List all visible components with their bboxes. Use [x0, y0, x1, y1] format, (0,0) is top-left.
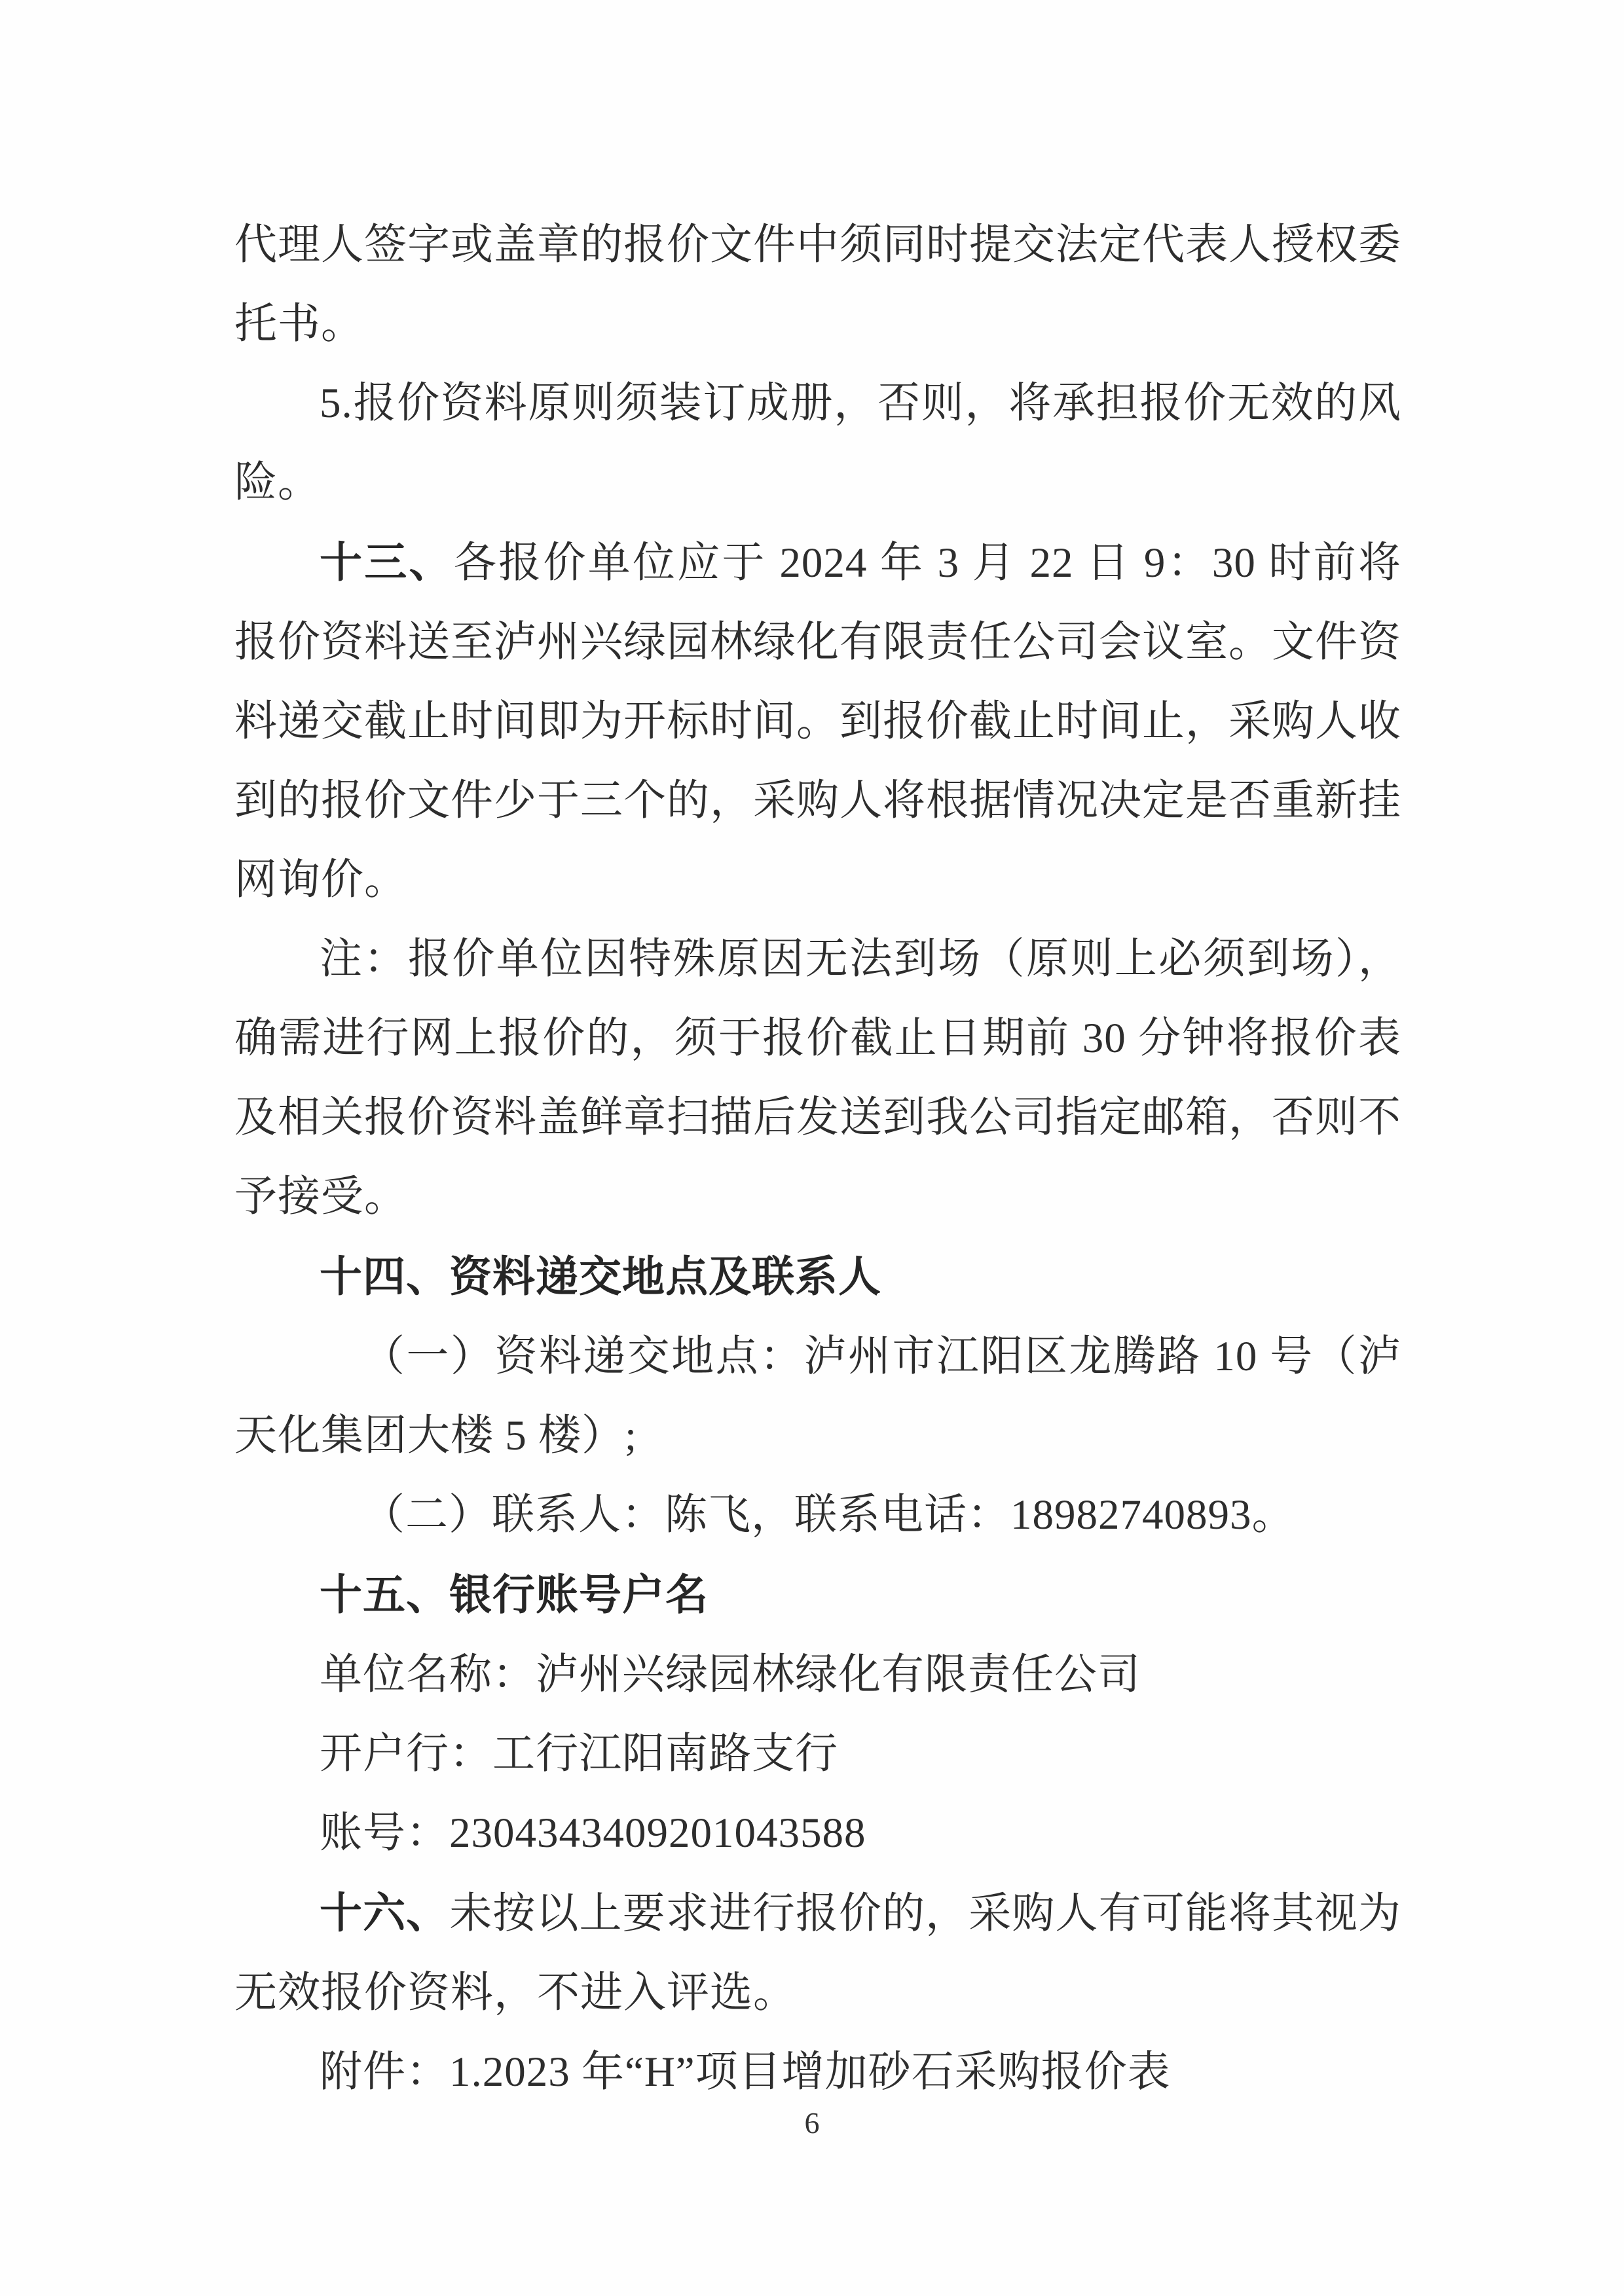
text-run: 单位名称：泸州兴绿园林绿化有限责任公司: [320, 1651, 1141, 1698]
text-run: 注：报价单位因特殊原因无法到场（原则上必须到场），确需进行网上报价的，须于报价截…: [234, 936, 1401, 1220]
paragraph-authorization-continued: 代理人签字或盖章的报价文件中须同时提交法定代表人授权委托书。: [234, 206, 1401, 364]
paragraph-contact-person: （二）联系人：陈飞，联系电话：18982740893。: [234, 1476, 1401, 1555]
document-page: 代理人签字或盖章的报价文件中须同时提交法定代表人授权委托书。 5.报价资料原则须…: [0, 0, 1624, 2296]
text-run: 各报价单位应于 2024 年 3 月 22 日 9：30 时前将报价资料送至泸州…: [234, 539, 1401, 903]
scanned-document-page: { "colors": { "text": "#2d2d2d", "headin…: [0, 0, 1624, 2296]
document-body: 代理人签字或盖章的报价文件中须同时提交法定代表人授权委托书。 5.报价资料原则须…: [234, 206, 1401, 2112]
paragraph-bank-branch: 开户行：工行江阳南路支行: [234, 1715, 1401, 1794]
paragraph-attachment: 附件：1.2023 年“H”项目增加砂石采购报价表: [234, 2033, 1401, 2112]
text-run: 5.报价资料原则须装订成册，否则，将承担报价无效的风险。: [234, 380, 1401, 506]
paragraph-note-remote-quotation: 注：报价单位因特殊原因无法到场（原则上必须到场），确需进行网上报价的，须于报价截…: [234, 920, 1401, 1237]
text-run: 账号：2304343409201043588: [320, 1810, 866, 1857]
paragraph-unit-name: 单位名称：泸州兴绿园林绿化有限责任公司: [234, 1635, 1401, 1715]
paragraph-section-16-invalid: 十六、未按以上要求进行报价的，采购人有可能将其视为无效报价资料，不进入评选。: [234, 1873, 1401, 2033]
page-number-value: 6: [805, 2106, 820, 2140]
text-run: 附件：1.2023 年“H”项目增加砂石采购报价表: [320, 2049, 1171, 2096]
paragraph-section-13-deadline: 十三、各报价单位应于 2024 年 3 月 22 日 9：30 时前将报价资料送…: [234, 522, 1401, 920]
paragraph-account-number: 账号：2304343409201043588: [234, 1794, 1401, 1873]
heading-section-15: 十五、银行账号户名: [234, 1555, 1401, 1635]
text-run: 代理人签字或盖章的报价文件中须同时提交法定代表人授权委托书。: [234, 221, 1401, 348]
section-16-number: 十六、: [320, 1889, 449, 1937]
text-run: （二）联系人：陈飞，联系电话：18982740893。: [362, 1491, 1295, 1539]
section-13-number: 十三、: [320, 538, 454, 586]
text-run: 开户行：工行江阳南路支行: [320, 1730, 838, 1777]
page-number: 6: [0, 2102, 1624, 2145]
heading-section-14: 十四、资料递交地点及联系人: [234, 1237, 1401, 1317]
paragraph-binding-requirement: 5.报价资料原则须装订成册，否则，将承担报价无效的风险。: [234, 364, 1401, 522]
heading-run: 十五、银行账号户名: [320, 1571, 709, 1618]
text-run: （一）资料递交地点：泸州市江阳区龙腾路 10 号（泸天化集团大楼 5 楼）;: [234, 1333, 1401, 1459]
heading-run: 十四、资料递交地点及联系人: [320, 1252, 881, 1300]
paragraph-delivery-address: （一）资料递交地点：泸州市江阳区龙腾路 10 号（泸天化集团大楼 5 楼）;: [234, 1317, 1401, 1476]
